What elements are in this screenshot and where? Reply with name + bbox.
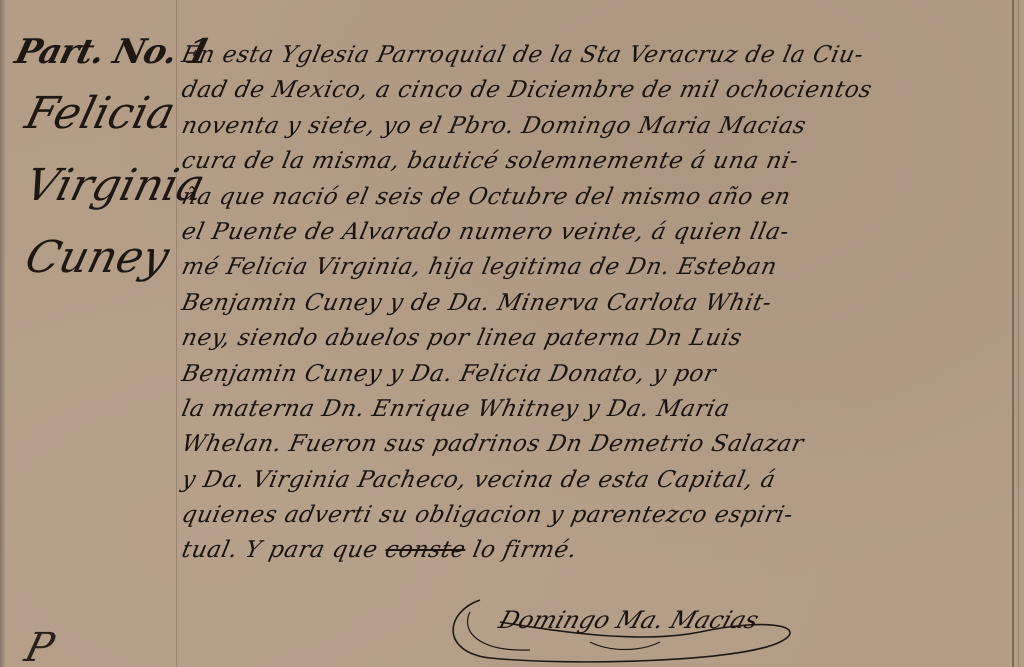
- text-line: dad de Mexico, a cinco de Diciembre de m…: [178, 73, 1006, 108]
- right-border-rule-outer: [1018, 0, 1019, 667]
- baptism-record-text: En esta Yglesia Parroquial de la Sta Ver…: [182, 38, 1002, 569]
- child-surname: Cuney: [5, 232, 185, 304]
- text-line: la materna Dn. Enrique Whitney y Da. Mar…: [178, 392, 1006, 427]
- closing-text-start: tual. Y para que: [179, 537, 388, 563]
- text-line: Whelan. Fueron sus padrinos Dn Demetrio …: [178, 427, 1006, 462]
- register-page: Part. No. 1 Felicia Virginia Cuney En es…: [0, 0, 1024, 667]
- text-line: y Da. Virginia Pacheco, vecina de esta C…: [178, 463, 1006, 498]
- priest-signature: Domingo Ma. Macias: [440, 592, 820, 662]
- text-line: noventa y siete, yo el Pbro. Domingo Mar…: [178, 109, 1006, 144]
- closing-line: tual. Y para que conste lo firmé.: [178, 533, 1006, 568]
- text-line: cura de la misma, bauticé solemnemente á…: [178, 144, 1006, 179]
- text-line: ney, siendo abuelos por linea paterna Dn…: [178, 321, 1006, 356]
- text-line: el Puente de Alvarado numero veinte, á q…: [178, 215, 1006, 250]
- child-name-first: Felicia: [5, 88, 185, 160]
- text-line: En esta Yglesia Parroquial de la Sta Ver…: [178, 38, 1006, 73]
- record-number: Part. No. 1: [7, 32, 183, 88]
- page-edge: [0, 0, 6, 667]
- text-line: quienes adverti su obligacion y parentez…: [178, 498, 1006, 533]
- closing-text-end: lo firmé.: [463, 537, 580, 563]
- margin-annotation: Part. No. 1 Felicia Virginia Cuney: [14, 32, 176, 304]
- signature-name: Domingo Ma. Macias: [495, 606, 762, 634]
- text-line: Benjamin Cuney y Da. Felicia Donato, y p…: [178, 357, 1006, 392]
- struck-word: conste: [383, 537, 468, 563]
- next-entry-fragment: P: [20, 625, 58, 667]
- text-line: mé Felicia Virginia, hija legitima de Dn…: [178, 250, 1006, 285]
- right-border-rule: [1012, 0, 1014, 667]
- child-name-middle: Virginia: [5, 160, 185, 232]
- text-line: Benjamin Cuney y de Da. Minerva Carlota …: [178, 286, 1006, 321]
- text-line: ña que nació el seis de Octubre del mism…: [178, 180, 1006, 215]
